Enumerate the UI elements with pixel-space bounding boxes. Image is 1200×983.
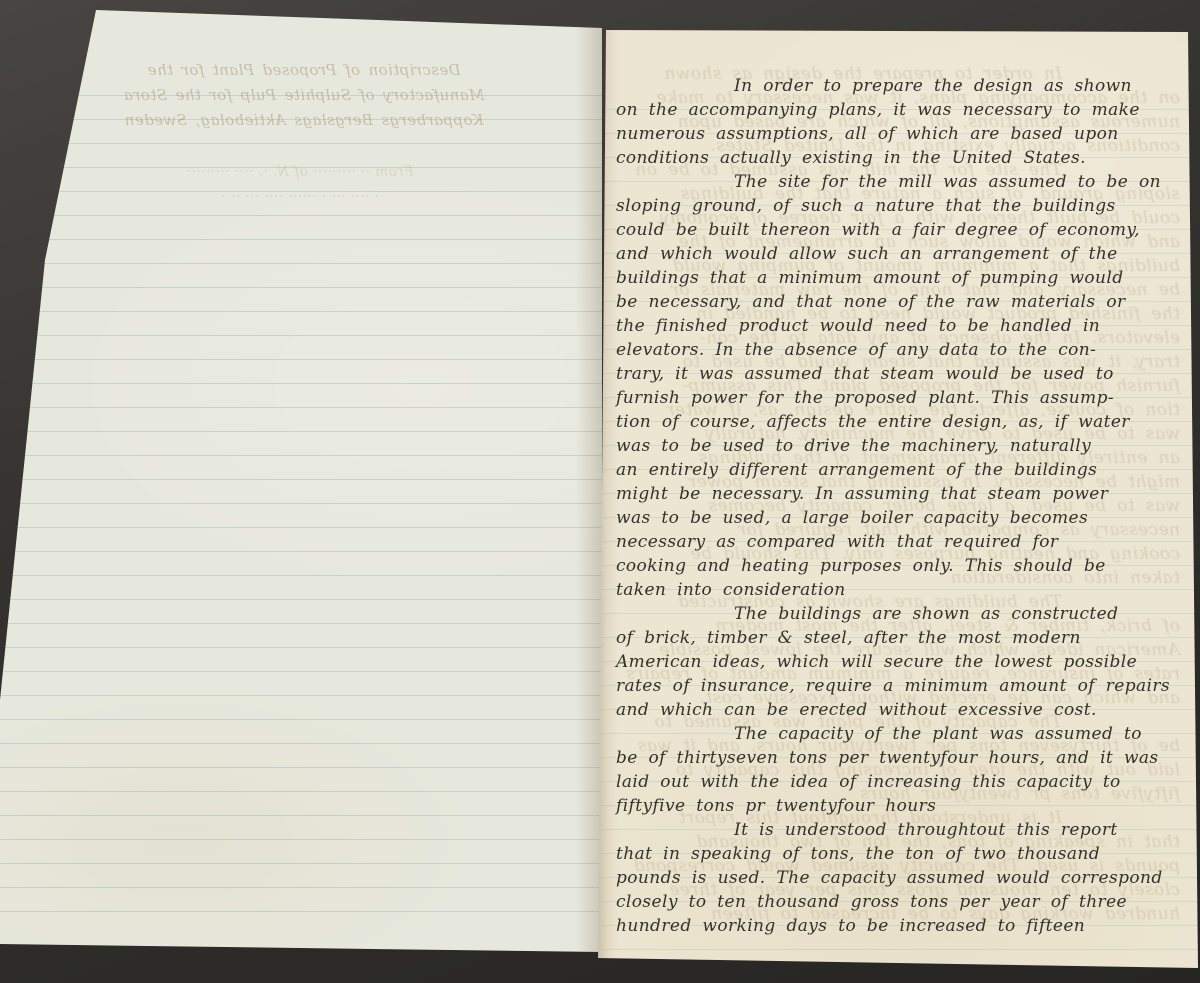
- handwriting-line: necessary as compared with that required…: [616, 530, 1192, 554]
- handwriting-line: The capacity of the plant was assumed to: [616, 722, 1192, 746]
- handwriting-line: that in speaking of tons, the ton of two…: [616, 842, 1192, 866]
- bleed-line: From ·· ········· of N. ·. ···· ········…: [40, 160, 560, 185]
- bleed-line: Kopparbergs Bergslags Aktiebolag, Sweden: [46, 108, 562, 133]
- handwriting-line: numerous assumptions, all of which are b…: [616, 122, 1192, 146]
- handwriting-line: be of thirtyseven tons per twentyfour ho…: [616, 746, 1192, 770]
- handwriting-line: and which can be erected without excessi…: [616, 698, 1192, 722]
- handwriting-line: an entirely different arrangement of the…: [616, 458, 1192, 482]
- handwriting-line: trary, it was assumed that steam would b…: [616, 362, 1192, 386]
- handwriting-line: could be built thereon with a fair degre…: [616, 218, 1192, 242]
- handwriting-line: rates of insurance, require a minimum am…: [616, 674, 1192, 698]
- handwriting-line: American ideas, which will secure the lo…: [616, 650, 1192, 674]
- handwriting-line: of brick, timber & steel, after the most…: [616, 626, 1192, 650]
- handwriting-line: be necessary, and that none of the raw m…: [616, 290, 1192, 314]
- handwriting-line: the finished product would need to be ha…: [616, 314, 1192, 338]
- handwriting-line: tion of course, affects the entire desig…: [616, 410, 1192, 434]
- handwriting-line: and which would allow such an arrangemen…: [616, 242, 1192, 266]
- handwriting-line: The site for the mill was assumed to be …: [616, 170, 1192, 194]
- notebook-left-page: Description of Proposed Plant for theMan…: [0, 0, 602, 956]
- bleed-line: Description of Proposed Plant for the: [46, 58, 562, 83]
- bleed-through-heading: Description of Proposed Plant for theMan…: [46, 58, 562, 133]
- handwriting-line: furnish power for the proposed plant. Th…: [616, 386, 1192, 410]
- handwriting-line: conditions actually existing in the Unit…: [616, 146, 1192, 170]
- handwriting-line: It is understood throughtout this report: [616, 818, 1192, 842]
- handwritten-text: In order to prepare the design as showno…: [616, 74, 1192, 938]
- handwriting-line: buildings that a minimum amount of pumpi…: [616, 266, 1192, 290]
- handwriting-line: hundred working days to be increased to …: [616, 914, 1192, 938]
- handwriting-line: was to be used, a large boiler capacity …: [616, 506, 1192, 530]
- handwriting-line: might be necessary. In assuming that ste…: [616, 482, 1192, 506]
- bleed-through-faint-text: From ·· ········· of N. ·. ···· ········…: [40, 160, 560, 210]
- scanned-notebook: Description of Proposed Plant for theMan…: [0, 0, 1200, 983]
- handwriting-line: pounds is used. The capacity assumed wou…: [616, 866, 1192, 890]
- handwriting-line: was to be used to drive the machinery, n…: [616, 434, 1192, 458]
- handwriting-line: elevators. In the absence of any data to…: [616, 338, 1192, 362]
- bleed-line: · ···· ··· · ······ ···· ··· ·· ·: [40, 185, 560, 210]
- handwriting-line: sloping ground, of such a nature that th…: [616, 194, 1192, 218]
- bleed-line: Manufactory of Sulphite Pulp for the Sto…: [46, 83, 562, 108]
- handwriting-line: taken into consideration: [616, 578, 1192, 602]
- handwriting-line: closely to ten thousand gross tons per y…: [616, 890, 1192, 914]
- handwriting-line: The buildings are shown as constructed: [616, 602, 1192, 626]
- handwriting-line: cooking and heating purposes only. This …: [616, 554, 1192, 578]
- handwriting-line: In order to prepare the design as shown: [616, 74, 1192, 98]
- notebook-right-page: In order to prepare the design as showno…: [596, 24, 1200, 972]
- handwriting-line: on the accompanying plans, it was necess…: [616, 98, 1192, 122]
- handwriting-line: laid out with the idea of increasing thi…: [616, 770, 1192, 794]
- handwriting-line: fiftyfive tons pr twentyfour hours: [616, 794, 1192, 818]
